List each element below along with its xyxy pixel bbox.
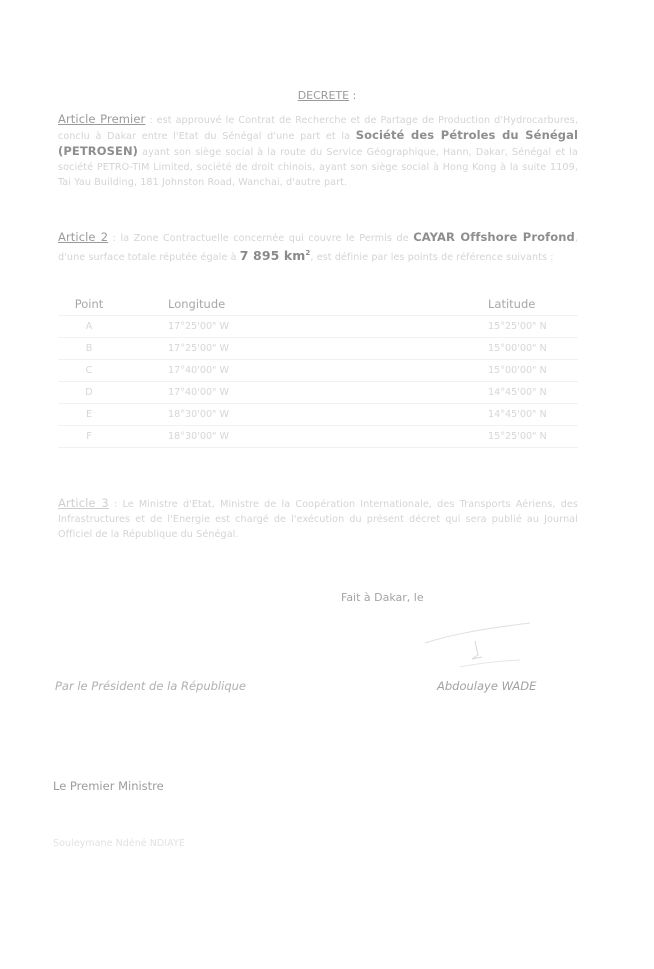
cell-latitude: 15°00'00" N	[318, 338, 578, 360]
cell-point: C	[58, 360, 120, 382]
article-2-area: 7 895 km2	[240, 248, 311, 263]
article-3-label: Article 3	[58, 496, 109, 510]
coordinates-table: Point Longitude Latitude A17°25'00" W15°…	[58, 293, 578, 448]
prime-minister-name: Souleymane Ndéné NDIAYE	[53, 838, 185, 849]
document-title: DECRETE :	[0, 89, 654, 102]
cell-longitude: 17°25'00" W	[120, 316, 318, 338]
prime-minister-title: Le Premier Ministre	[53, 779, 164, 793]
cell-point: D	[58, 382, 120, 404]
cell-point: F	[58, 426, 120, 448]
article-2-label: Article 2	[58, 230, 108, 244]
president-name: Abdoulaye WADE	[437, 679, 536, 693]
signatory-by: Par le Président de la République	[55, 679, 246, 693]
cell-longitude: 18°30'00" W	[120, 404, 318, 426]
article-2: Article 2 : la Zone Contractuelle concer…	[58, 230, 578, 265]
cell-latitude: 14°45'00" N	[318, 404, 578, 426]
cell-latitude: 15°00'00" N	[318, 360, 578, 382]
decree-page: DECRETE : Article Premier : est approuvé…	[0, 0, 654, 969]
article-2-permit: CAYAR Offshore Profond	[413, 230, 575, 244]
place-date: Fait à Dakar, le	[341, 591, 424, 604]
article-1-label: Article Premier	[58, 112, 145, 126]
cell-longitude: 17°40'00" W	[120, 360, 318, 382]
cell-point: B	[58, 338, 120, 360]
header-latitude: Latitude	[318, 293, 578, 316]
header-longitude: Longitude	[120, 293, 318, 316]
table-row: D17°40'00" W14°45'00" N	[58, 382, 578, 404]
table-row: C17°40'00" W15°00'00" N	[58, 360, 578, 382]
table-header-row: Point Longitude Latitude	[58, 293, 578, 316]
table-row: A17°25'00" W15°25'00" N	[58, 316, 578, 338]
cell-latitude: 14°45'00" N	[318, 382, 578, 404]
table-row: F18°30'00" W15°25'00" N	[58, 426, 578, 448]
table-row: B17°25'00" W15°00'00" N	[58, 338, 578, 360]
title-text: DECRETE	[298, 89, 349, 102]
cell-longitude: 18°30'00" W	[120, 426, 318, 448]
article-1: Article Premier : est approuvé le Contra…	[58, 112, 578, 190]
cell-longitude: 17°25'00" W	[120, 338, 318, 360]
cell-latitude: 15°25'00" N	[318, 426, 578, 448]
article-2-area-value: 7 895 km	[240, 248, 306, 263]
cell-point: E	[58, 404, 120, 426]
cell-latitude: 15°25'00" N	[318, 316, 578, 338]
cell-longitude: 17°40'00" W	[120, 382, 318, 404]
article-3-text: : Le Ministre d'Etat, Ministre de la Coo…	[58, 499, 578, 540]
article-2-text-1: : la Zone Contractuelle concernée qui co…	[108, 233, 413, 244]
article-2-text-3: , est définie par les points de référenc…	[310, 252, 553, 263]
article-3: Article 3 : Le Ministre d'Etat, Ministre…	[58, 496, 578, 542]
cell-point: A	[58, 316, 120, 338]
table-row: E18°30'00" W14°45'00" N	[58, 404, 578, 426]
signature-icon	[420, 615, 550, 670]
header-point: Point	[58, 293, 120, 316]
title-suffix: :	[349, 89, 356, 102]
